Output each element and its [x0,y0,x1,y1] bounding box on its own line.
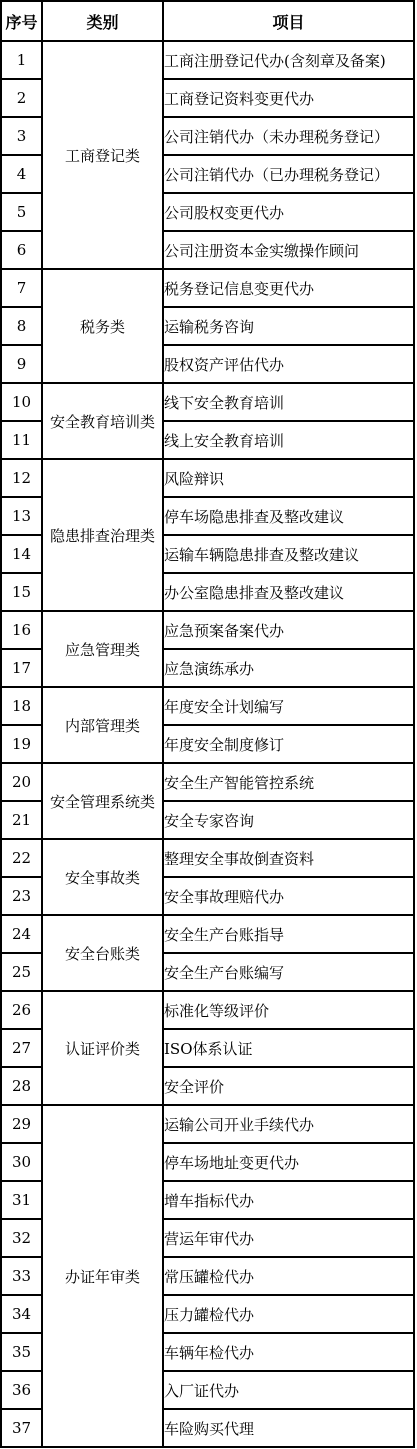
serial-number-cell: 15 [1,573,42,611]
category-cell: 安全教育培训类 [42,383,163,459]
project-cell: 税务登记信息变更代办 [163,269,414,307]
project-cell: 车险购买代理 [163,1409,414,1447]
serial-number-cell: 7 [1,269,42,307]
col-header-project: 项目 [163,1,414,41]
serial-number-cell: 26 [1,991,42,1029]
serial-number-cell: 18 [1,687,42,725]
serial-number-cell: 3 [1,117,42,155]
serial-number-cell: 5 [1,193,42,231]
table-row: 26认证评价类标准化等级评价 [1,991,414,1029]
project-cell: 办公室隐患排查及整改建议 [163,573,414,611]
table-row: 7税务类税务登记信息变更代办 [1,269,414,307]
serial-number-cell: 23 [1,877,42,915]
serial-number-cell: 4 [1,155,42,193]
table-row: 22安全事故类整理安全事故倒查资料 [1,839,414,877]
project-cell: 安全生产智能管控系统 [163,763,414,801]
table-row: 18内部管理类年度安全计划编写 [1,687,414,725]
serial-number-cell: 6 [1,231,42,269]
project-cell: 安全专家咨询 [163,801,414,839]
page: 序号 类别 项目 1工商登记类工商注册登记代办(含刻章及备案)2工商登记资料变更… [0,0,417,1449]
serial-number-cell: 31 [1,1181,42,1219]
category-cell: 安全台账类 [42,915,163,991]
project-cell: 安全生产台账指导 [163,915,414,953]
project-cell: 运输车辆隐患排查及整改建议 [163,535,414,573]
serial-number-cell: 1 [1,41,42,79]
category-cell: 税务类 [42,269,163,383]
serial-number-cell: 30 [1,1143,42,1181]
project-cell: 停车场隐患排查及整改建议 [163,497,414,535]
serial-number-cell: 33 [1,1257,42,1295]
serial-number-cell: 22 [1,839,42,877]
project-cell: 营运年审代办 [163,1219,414,1257]
serial-number-cell: 24 [1,915,42,953]
project-cell: 工商登记资料变更代办 [163,79,414,117]
header-row: 序号 类别 项目 [1,1,414,41]
project-cell: 线上安全教育培训 [163,421,414,459]
serial-number-cell: 29 [1,1105,42,1143]
table-row: 12隐患排查治理类风险辩识 [1,459,414,497]
category-cell: 认证评价类 [42,991,163,1105]
serial-number-cell: 34 [1,1295,42,1333]
project-cell: 线下安全教育培训 [163,383,414,421]
serial-number-cell: 36 [1,1371,42,1409]
project-cell: 车辆年检代办 [163,1333,414,1371]
col-header-serial: 序号 [1,1,42,41]
category-cell: 安全事故类 [42,839,163,915]
serial-number-cell: 32 [1,1219,42,1257]
serial-number-cell: 13 [1,497,42,535]
serial-number-cell: 35 [1,1333,42,1371]
project-cell: 常压罐检代办 [163,1257,414,1295]
project-cell: 公司注销代办（未办理税务登记） [163,117,414,155]
serial-number-cell: 20 [1,763,42,801]
serial-number-cell: 10 [1,383,42,421]
category-cell: 内部管理类 [42,687,163,763]
project-cell: 运输公司开业手续代办 [163,1105,414,1143]
project-cell: 安全事故理赔代办 [163,877,414,915]
serial-number-cell: 17 [1,649,42,687]
table-row: 1工商登记类工商注册登记代办(含刻章及备案) [1,41,414,79]
project-cell: 停车场地址变更代办 [163,1143,414,1181]
project-cell: 安全评价 [163,1067,414,1105]
project-cell: 应急预案备案代办 [163,611,414,649]
project-cell: 年度安全计划编写 [163,687,414,725]
table-body: 1工商登记类工商注册登记代办(含刻章及备案)2工商登记资料变更代办3公司注销代办… [1,41,414,1447]
serial-number-cell: 14 [1,535,42,573]
table-row: 29办证年审类运输公司开业手续代办 [1,1105,414,1143]
table-row: 10安全教育培训类线下安全教育培训 [1,383,414,421]
project-cell: 年度安全制度修订 [163,725,414,763]
project-cell: 公司股权变更代办 [163,193,414,231]
category-cell: 隐患排查治理类 [42,459,163,611]
category-cell: 工商登记类 [42,41,163,269]
serial-number-cell: 28 [1,1067,42,1105]
project-cell: 运输税务咨询 [163,307,414,345]
serial-number-cell: 8 [1,307,42,345]
project-cell: 安全生产台账编写 [163,953,414,991]
col-header-category: 类别 [42,1,163,41]
serial-number-cell: 9 [1,345,42,383]
project-cell: 公司注册资本金实缴操作顾问 [163,231,414,269]
category-cell: 安全管理系统类 [42,763,163,839]
project-cell: 公司注销代办（已办理税务登记） [163,155,414,193]
category-cell: 应急管理类 [42,611,163,687]
project-cell: 应急演练承办 [163,649,414,687]
project-cell: 标准化等级评价 [163,991,414,1029]
serial-number-cell: 16 [1,611,42,649]
project-cell: 整理安全事故倒查资料 [163,839,414,877]
project-cell: 入厂证代办 [163,1371,414,1409]
serial-number-cell: 2 [1,79,42,117]
project-cell: 增车指标代办 [163,1181,414,1219]
serial-number-cell: 37 [1,1409,42,1447]
serial-number-cell: 12 [1,459,42,497]
table-row: 16应急管理类应急预案备案代办 [1,611,414,649]
table-row: 24安全台账类安全生产台账指导 [1,915,414,953]
serial-number-cell: 25 [1,953,42,991]
service-catalog-table: 序号 类别 项目 1工商登记类工商注册登记代办(含刻章及备案)2工商登记资料变更… [0,0,415,1448]
serial-number-cell: 19 [1,725,42,763]
serial-number-cell: 11 [1,421,42,459]
table-header: 序号 类别 项目 [1,1,414,41]
project-cell: 股权资产评估代办 [163,345,414,383]
serial-number-cell: 21 [1,801,42,839]
category-cell: 办证年审类 [42,1105,163,1447]
project-cell: 风险辩识 [163,459,414,497]
table-row: 20安全管理系统类安全生产智能管控系统 [1,763,414,801]
project-cell: ISO体系认证 [163,1029,414,1067]
project-cell: 压力罐检代办 [163,1295,414,1333]
project-cell: 工商注册登记代办(含刻章及备案) [163,41,414,79]
serial-number-cell: 27 [1,1029,42,1067]
